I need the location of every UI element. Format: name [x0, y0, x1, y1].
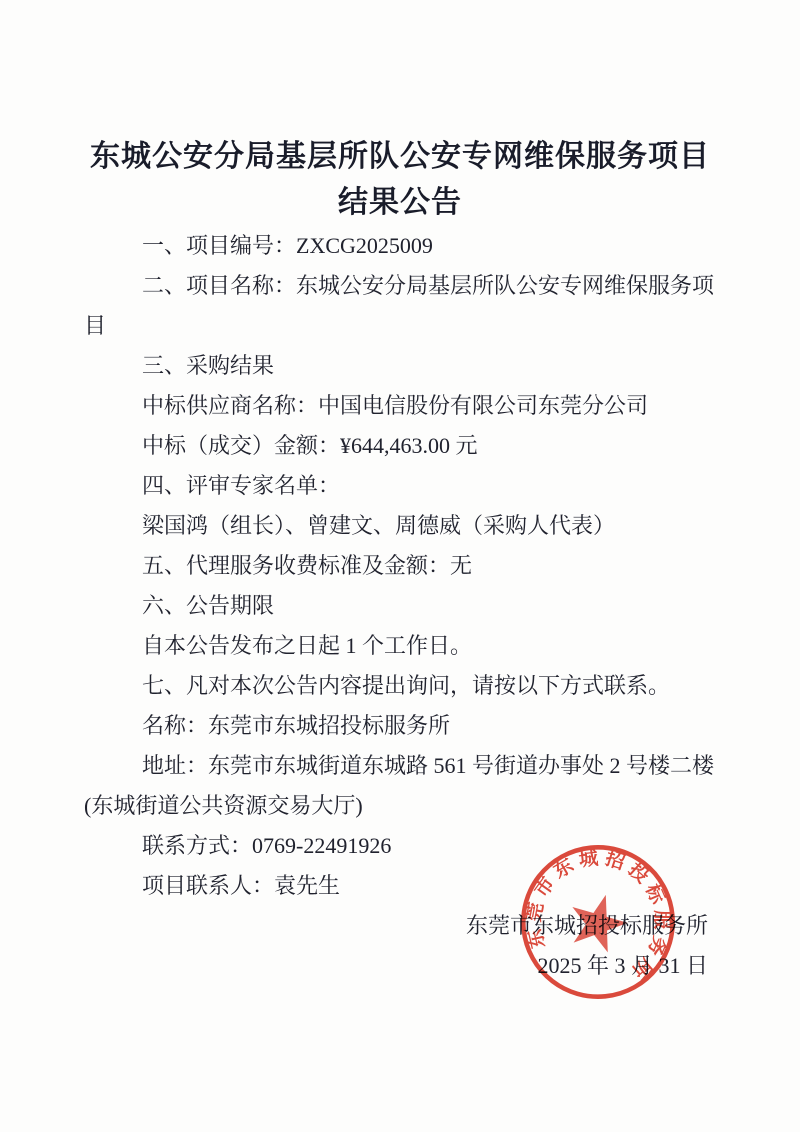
- document-body: 一、项目编号：ZXCG2025009 二、项目名称：东城公安分局基层所队公安专网…: [84, 226, 712, 906]
- document-line: 二、项目名称：东城公安分局基层所队公安专网维保服务项: [84, 266, 712, 306]
- document-line: 中标（成交）金额：¥644,463.00 元: [84, 426, 712, 466]
- signature-date: 2025 年 3 月 31 日: [0, 946, 708, 986]
- document-line: 中标供应商名称：中国电信股份有限公司东莞分公司: [84, 386, 712, 426]
- document-line: 名称：东莞市东城招投标服务所: [84, 706, 712, 746]
- document-line: 七、凡对本次公告内容提出询问，请按以下方式联系。: [84, 666, 712, 706]
- document-line: 六、公告期限: [84, 586, 712, 626]
- document-line: 目: [84, 306, 712, 346]
- document-title-line-2: 结果公告: [60, 180, 740, 226]
- document-line: (东城街道公共资源交易大厅): [84, 786, 712, 826]
- scanned-document-page: 东城公安分局基层所队公安专网维保服务项目 结果公告 一、项目编号：ZXCG202…: [0, 0, 800, 1132]
- document-title-line-1: 东城公安分局基层所队公安专网维保服务项目: [60, 134, 740, 180]
- signature-block: 东莞市东城招投标服务所 2025 年 3 月 31 日: [0, 906, 708, 986]
- document-line: 梁国鸿（组长）、曾建文、周德威（采购人代表）: [84, 506, 712, 546]
- signature-org: 东莞市东城招投标服务所: [0, 906, 708, 946]
- document-line: 四、评审专家名单：: [84, 466, 712, 506]
- document-line: 联系方式：0769-22491926: [84, 826, 712, 866]
- document-title: 东城公安分局基层所队公安专网维保服务项目 结果公告: [60, 134, 740, 226]
- document-line: 三、采购结果: [84, 346, 712, 386]
- document-line: 项目联系人：袁先生: [84, 866, 712, 906]
- document-line: 一、项目编号：ZXCG2025009: [84, 226, 712, 266]
- document-line: 地址：东莞市东城街道东城路 561 号街道办事处 2 号楼二楼: [84, 746, 712, 786]
- document-line: 五、代理服务收费标准及金额：无: [84, 546, 712, 586]
- document-line: 自本公告发布之日起 1 个工作日。: [84, 626, 712, 666]
